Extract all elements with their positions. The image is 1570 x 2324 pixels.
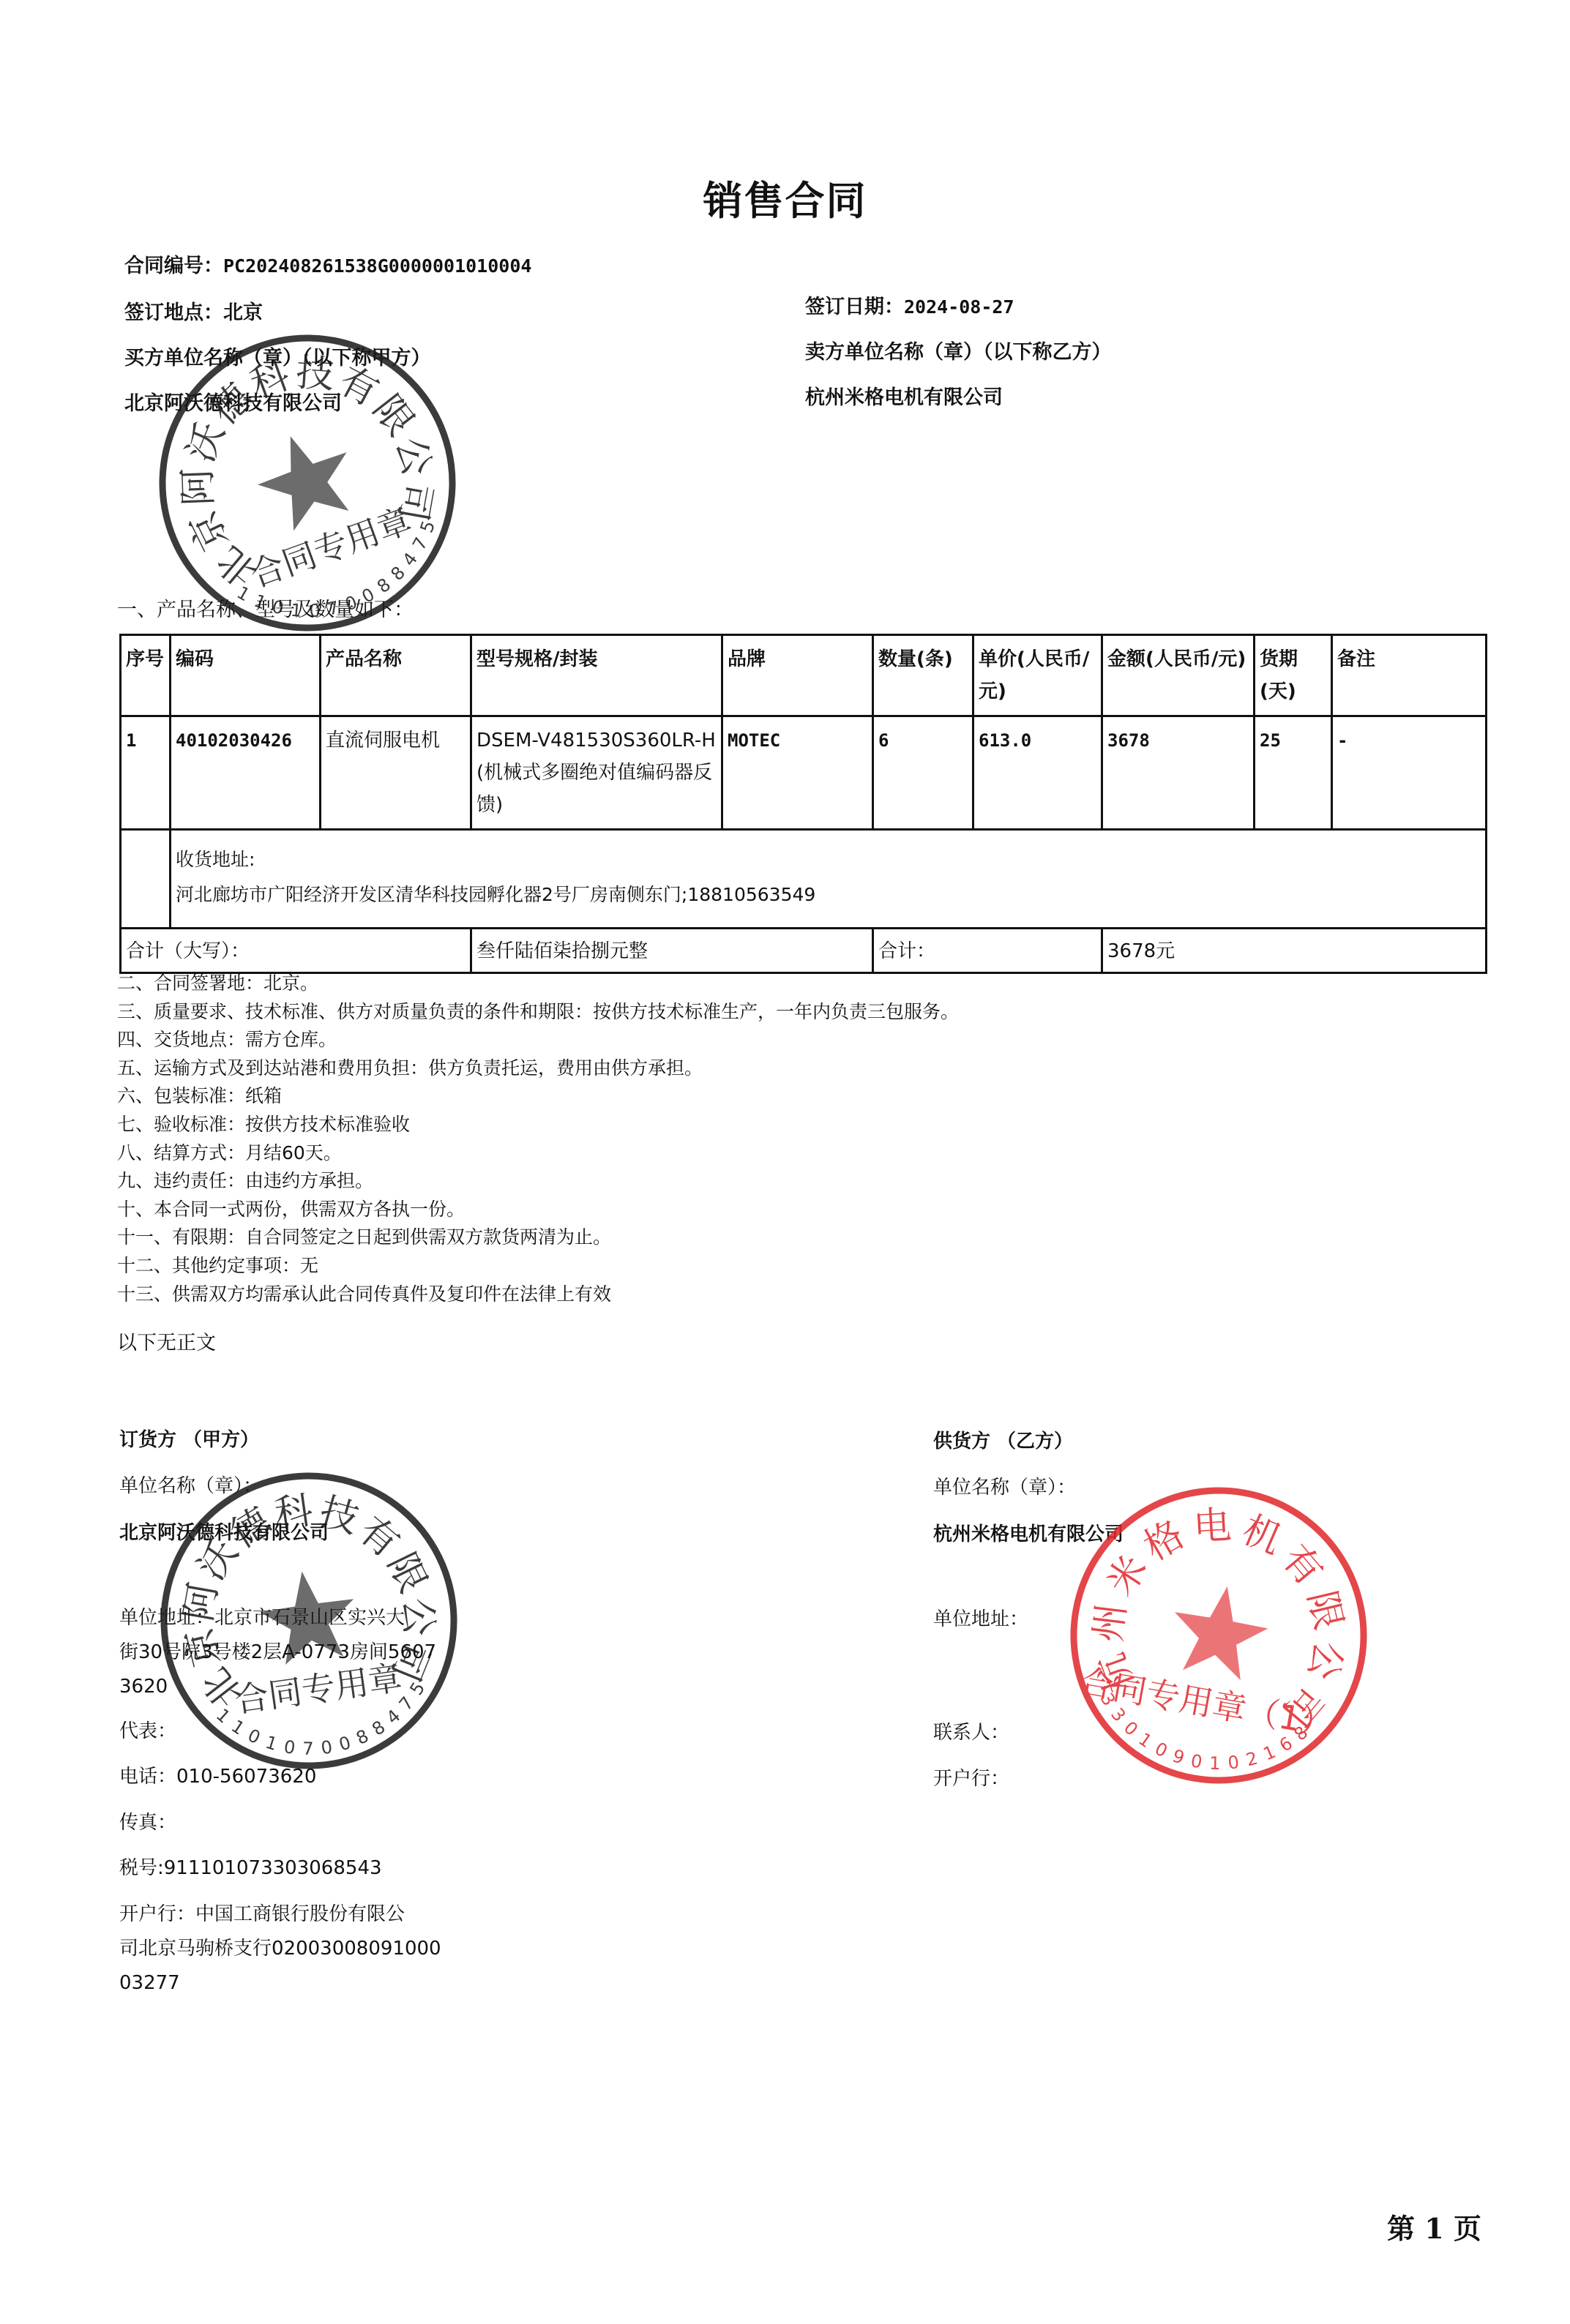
buyer-name: 北京阿沃德科技有限公司	[124, 394, 342, 413]
svg-text:0: 0	[337, 1732, 354, 1755]
cell-code: 40102030426	[171, 716, 321, 830]
table-row: 1 40102030426 直流伺服电机 DSEM-V481530S360LR-…	[121, 716, 1487, 830]
party-a-address-line3: 3620	[119, 1677, 168, 1696]
cell-unit-price: 613.0	[973, 716, 1102, 830]
product-table: 序号 编码 产品名称 型号规格/封装 品牌 数量(条) 单价(人民币/元) 金额…	[119, 634, 1487, 974]
svg-text:0: 0	[283, 1736, 296, 1758]
svg-text:格: 格	[1137, 1513, 1192, 1570]
svg-text:9: 9	[1170, 1745, 1186, 1768]
clause-7: 七、验收标准：按供方技术标准验收	[117, 1111, 959, 1139]
svg-text:电: 电	[1192, 1504, 1233, 1550]
seller-heading: 卖方单位名称（章）（以下称乙方）	[805, 342, 1112, 362]
delivery-address-label: 收货地址:	[176, 842, 1481, 877]
sign-date-label: 签订日期：	[805, 296, 904, 318]
delivery-address-row: 收货地址: 河北廊坊市广阳经济开发区清华科技园孵化器2号厂房南侧东门;18810…	[121, 830, 1487, 929]
svg-text:米: 米	[1099, 1548, 1156, 1603]
svg-text:2: 2	[1244, 1748, 1260, 1771]
party-a-address: 单位地址：北京市石景山区实兴大	[119, 1608, 405, 1627]
cell-amount: 3678	[1102, 716, 1255, 830]
party-a-phone-value: 010-56073620	[176, 1766, 316, 1788]
svg-text:0: 0	[320, 1736, 334, 1758]
party-a-bank-line2: 司北京马驹桥支行02003008091000	[119, 1939, 441, 1958]
buyer-seal-top: 北京阿沃德科技有限公司合同专用章1101070088475	[154, 329, 461, 637]
svg-text:合同专用章: 合同专用章	[232, 1657, 404, 1720]
seal-icon: 北京阿沃德科技有限公司合同专用章1101070088475	[154, 329, 461, 637]
svg-text:公: 公	[1299, 1637, 1350, 1684]
total-row: 合计（大写）： 叁仟陆佰柒拾捌元整 合计： 3678元	[121, 929, 1487, 973]
buyer-heading: 买方单位名称（章）（以下称甲方）	[124, 348, 431, 368]
svg-text:3: 3	[1107, 1704, 1129, 1725]
party-a-tax: 税号:91110107330306854​3	[119, 1859, 382, 1878]
party-a-tax-value: 91110107330306854​3	[164, 1857, 382, 1879]
party-a-address-label: 单位地址：	[119, 1607, 214, 1629]
header-quantity: 数量(条)	[873, 635, 973, 716]
cell-lead-time: 25	[1255, 716, 1332, 830]
delivery-address-spacer	[121, 830, 171, 929]
svg-text:1: 1	[263, 1732, 280, 1755]
svg-text:5: 5	[405, 1679, 429, 1699]
header-amount: 金额(人民币/元)	[1102, 635, 1255, 716]
svg-text:0: 0	[244, 1725, 263, 1748]
svg-text:6: 6	[1276, 1733, 1296, 1756]
svg-text:限: 限	[379, 1546, 436, 1600]
svg-text:8: 8	[353, 1725, 372, 1749]
party-b-contact-label: 联系人：	[933, 1723, 1009, 1742]
clause-8: 八、结算方式：月结60天。	[117, 1139, 959, 1168]
total-upper-label: 合计（大写）：	[121, 929, 471, 973]
sign-date: 签订日期：2024-08-27	[805, 297, 1014, 317]
party-a-bank-line3: 03277	[119, 1973, 180, 1993]
svg-text:合同专用章（1）: 合同专用章（1）	[1077, 1661, 1337, 1744]
party-b-name: 杭州米格电机有限公司	[933, 1525, 1124, 1544]
svg-text:7: 7	[302, 1739, 313, 1759]
svg-text:1: 1	[1209, 1753, 1221, 1774]
contract-number: 合同编号：PC20240826153​8G0000001010004	[124, 256, 531, 276]
document-title: 销售合同	[0, 170, 1570, 226]
clause-13: 十三、供需双方均需承认此合同传真件及复印件在法律上有效	[117, 1281, 959, 1309]
svg-text:4: 4	[383, 1706, 405, 1728]
cell-model: DSEM-V481530S360LR-H(机械式多圈绝对值编码器反馈)	[471, 716, 722, 830]
sign-date-value: 2024-08-27	[904, 296, 1014, 318]
svg-text:3: 3	[1096, 1690, 1120, 1709]
svg-text:有: 有	[351, 1508, 408, 1566]
header-unit-price: 单价(人民币/元)	[973, 635, 1102, 716]
svg-text:8: 8	[1290, 1722, 1312, 1744]
party-a-heading: 订货方 （甲方）	[119, 1431, 259, 1450]
clause-4: 四、交货地点：需方仓库。	[117, 1026, 959, 1054]
clause-12: 十二、其他约定事项：无	[117, 1252, 959, 1281]
sign-place-value: 北京	[223, 301, 263, 324]
party-a-bank: 开户行：中国工商银行股份有限公	[119, 1905, 405, 1924]
svg-text:0: 0	[1120, 1717, 1142, 1740]
svg-text:1: 1	[1260, 1742, 1279, 1765]
svg-text:8: 8	[368, 1717, 389, 1740]
clause-3: 三、质量要求、技术标准、供方对质量负责的条件和期限：按供方技术标准生产，一年内负…	[117, 998, 959, 1027]
clause-9: 九、违约责任：由违约方承担。	[117, 1167, 959, 1196]
svg-text:司: 司	[1273, 1677, 1331, 1734]
svg-text:限: 限	[365, 387, 422, 444]
svg-text:合同专用章: 合同专用章	[245, 501, 417, 595]
svg-text:8: 8	[386, 562, 409, 585]
party-a-rep-label: 代表：	[119, 1722, 176, 1741]
sign-place-label: 签订地点：	[124, 301, 223, 324]
svg-text:7: 7	[408, 534, 432, 554]
header-code: 编码	[171, 635, 321, 716]
svg-text:北: 北	[194, 1660, 252, 1717]
party-b-address-label: 单位地址：	[933, 1610, 1028, 1629]
header-model: 型号规格/封装	[471, 635, 722, 716]
party-a-name-label: 单位名称（章）：	[119, 1477, 262, 1496]
svg-text:京: 京	[182, 504, 238, 558]
header-index: 序号	[121, 635, 171, 716]
svg-text:5: 5	[416, 518, 440, 536]
total-value: 3678元	[1102, 929, 1487, 973]
section-1-title: 一、产品名称、型号及数量如下：	[117, 600, 414, 620]
clause-6: 六、包装标准：纸箱	[117, 1082, 959, 1111]
svg-text:0: 0	[1151, 1738, 1170, 1761]
contract-number-label: 合同编号：	[124, 255, 223, 277]
party-a-bank-line1: 中国工商银行股份有限公	[195, 1903, 405, 1925]
cell-quantity: 6	[873, 716, 973, 830]
contract-clauses: 二、合同签署地：北京。 三、质量要求、技术标准、供方对质量负责的条件和期限：按供…	[117, 970, 959, 1308]
svg-text:阿: 阿	[176, 467, 221, 506]
svg-text:1: 1	[1134, 1728, 1156, 1752]
cell-product: 直流伺服电机	[321, 716, 471, 830]
svg-text:1: 1	[212, 1705, 234, 1728]
contract-number-value: PC20240826153​8G0000001010004	[223, 255, 531, 277]
cell-brand: MOTEC	[722, 716, 873, 830]
header-remark: 备注	[1332, 635, 1487, 716]
cell-index: 1	[121, 716, 171, 830]
svg-text:4: 4	[399, 549, 422, 570]
total-upper-value: 叁仟陆佰柒拾捌元整	[471, 929, 873, 973]
header-lead-time: 货期(天)	[1255, 635, 1332, 716]
party-b-bank-label: 开户行：	[933, 1769, 1009, 1788]
svg-text:州: 州	[1086, 1601, 1134, 1644]
party-a-address-line2: 街30号院3号楼2层A-0773房间5607	[119, 1643, 436, 1662]
svg-text:沃: 沃	[179, 416, 233, 468]
party-a-tax-label: 税号:	[119, 1857, 164, 1879]
party-b-heading: 供货方 （乙方）	[933, 1432, 1073, 1451]
header-brand: 品牌	[722, 635, 873, 716]
end-note: 以下无正文	[117, 1333, 216, 1353]
svg-text:1: 1	[228, 1716, 248, 1739]
party-a-address-line1: 北京市石景山区实兴大	[214, 1607, 405, 1629]
svg-text:限: 限	[1299, 1586, 1350, 1633]
clause-11: 十一、有限期：自合同签定之日起到供需双方款货两清为止。	[117, 1223, 959, 1252]
svg-text:0: 0	[1189, 1750, 1204, 1772]
cell-remark: -	[1332, 716, 1487, 830]
svg-text:0: 0	[1227, 1752, 1240, 1774]
clause-2: 二、合同签署地：北京。	[117, 970, 959, 998]
svg-text:公: 公	[387, 432, 439, 480]
delivery-address-cell: 收货地址: 河北廊坊市广阳经济开发区清华科技园孵化器2号厂房南侧东门;18810…	[171, 830, 1487, 929]
table-header-row: 序号 编码 产品名称 型号规格/封装 品牌 数量(条) 单价(人民币/元) 金额…	[121, 635, 1487, 716]
header-product: 产品名称	[321, 635, 471, 716]
seller-name: 杭州米格电机有限公司	[805, 388, 1003, 408]
svg-text:杭: 杭	[1089, 1647, 1143, 1698]
svg-text:8: 8	[373, 574, 395, 598]
clause-5: 五、运输方式及到达站港和费用负担：供方负责托运，费用由供方承担。	[117, 1054, 959, 1083]
svg-text:司: 司	[390, 479, 440, 525]
party-b-name-label: 单位名称（章）：	[933, 1478, 1076, 1497]
party-a-phone-label: 电话：	[119, 1766, 176, 1788]
party-a-fax-label: 传真：	[119, 1813, 176, 1832]
party-a-bank-label: 开户行：	[119, 1903, 195, 1925]
svg-text:有: 有	[1273, 1537, 1331, 1594]
clause-10: 十、本合同一式两份，供需双方各执一份。	[117, 1196, 959, 1224]
page-number: 第 1 页	[1387, 2206, 1481, 2246]
svg-text:7: 7	[395, 1693, 418, 1714]
delivery-address-value: 河北廊坊市广阳经济开发区清华科技园孵化器2号厂房南侧东门;18810563549	[176, 877, 1481, 912]
total-label: 合计：	[873, 929, 1102, 973]
party-a-phone: 电话：010-56073620	[119, 1767, 316, 1786]
svg-text:北: 北	[209, 537, 266, 595]
sign-place: 签订地点：北京	[124, 303, 263, 323]
party-a-name: 北京阿沃德科技有限公司	[119, 1523, 329, 1543]
svg-text:机: 机	[1236, 1507, 1288, 1563]
